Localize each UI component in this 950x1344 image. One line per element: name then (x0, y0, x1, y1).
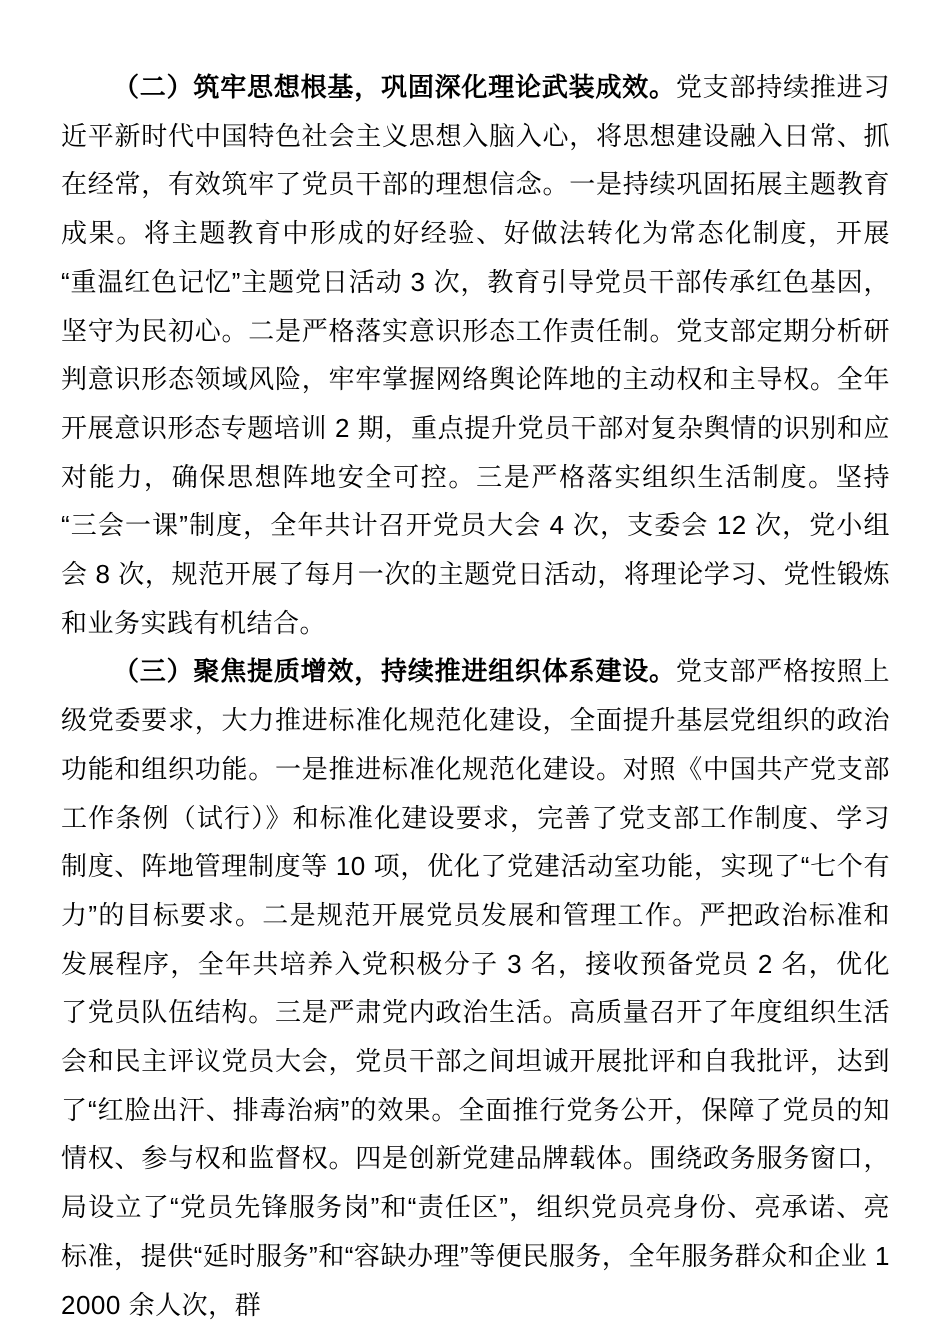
paragraph-section-3: （三）聚焦提质增效，持续推进组织体系建设。党支部严格按照上级党委要求，大力推进标… (61, 647, 890, 1329)
document-page: （二）筑牢思想根基，巩固深化理论武装成效。党支部持续推进习近平新时代中国特色社会… (0, 0, 950, 1344)
section-3-body-text: 党支部严格按照上级党委要求，大力推进标准化规范化建设，全面提升基层党组织的政治功… (61, 656, 890, 1319)
section-3-heading: （三）聚焦提质增效，持续推进组织体系建设。 (113, 656, 676, 686)
paragraph-section-2: （二）筑牢思想根基，巩固深化理论武装成效。党支部持续推进习近平新时代中国特色社会… (61, 63, 890, 647)
document-content: （二）筑牢思想根基，巩固深化理论武装成效。党支部持续推进习近平新时代中国特色社会… (0, 0, 950, 1329)
section-2-heading: （二）筑牢思想根基，巩固深化理论武装成效。 (113, 72, 676, 102)
section-2-body-text: 党支部持续推进习近平新时代中国特色社会主义思想入脑入心，将思想建设融入日常、抓在… (61, 72, 890, 638)
